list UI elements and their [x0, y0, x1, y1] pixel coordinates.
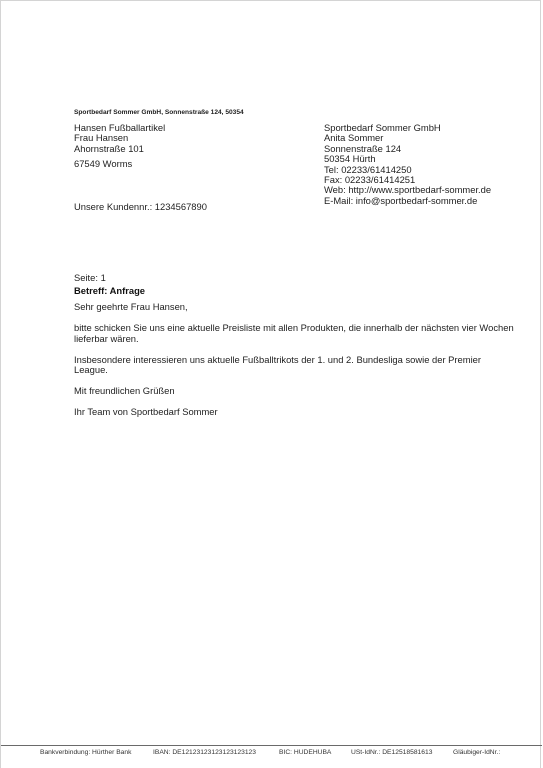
footer-bic: BIC: HUDEHUBA: [279, 749, 331, 756]
page-number: Seite: 1: [74, 272, 106, 283]
sender-return-address: Sportbedarf Sommer GmbH, Sonnenstraße 12…: [74, 109, 244, 116]
salutation: Sehr geehrte Frau Hansen,: [74, 302, 514, 312]
sender-info-block: Sportbedarf Sommer GmbH Anita Sommer Son…: [324, 123, 491, 206]
letter-body: Sehr geehrte Frau Hansen, bitte schicken…: [74, 302, 514, 428]
recipient-zip-city: 67549 Worms: [74, 159, 165, 169]
signature: Ihr Team von Sportbedarf Sommer: [74, 407, 514, 417]
customer-number: Unsere Kundennr.: 1234567890: [74, 201, 207, 212]
letter-page: Sportbedarf Sommer GmbH, Sonnenstraße 12…: [0, 0, 541, 768]
footer-divider: [1, 745, 542, 746]
recipient-street: Ahornstraße 101: [74, 144, 165, 154]
subject-line: Betreff: Anfrage: [74, 285, 145, 296]
body-paragraph: Insbesondere interessieren uns aktuelle …: [74, 355, 514, 376]
footer-iban: IBAN: DE12123123123123123123: [153, 749, 256, 756]
recipient-address: Hansen Fußballartikel Frau Hansen Ahorns…: [74, 123, 165, 170]
sender-email: E-Mail: info@sportbedarf-sommer.de: [324, 196, 491, 206]
closing: Mit freundlichen Grüßen: [74, 386, 514, 396]
body-paragraph: bitte schicken Sie uns eine aktuelle Pre…: [74, 323, 514, 344]
footer-bank: Bankverbindung: Hürther Bank: [40, 749, 131, 756]
footer-creditor-id: Gläubiger-IdNr.:: [453, 749, 500, 756]
footer-vat-id: USt-IdNr.: DE12518581613: [351, 749, 432, 756]
